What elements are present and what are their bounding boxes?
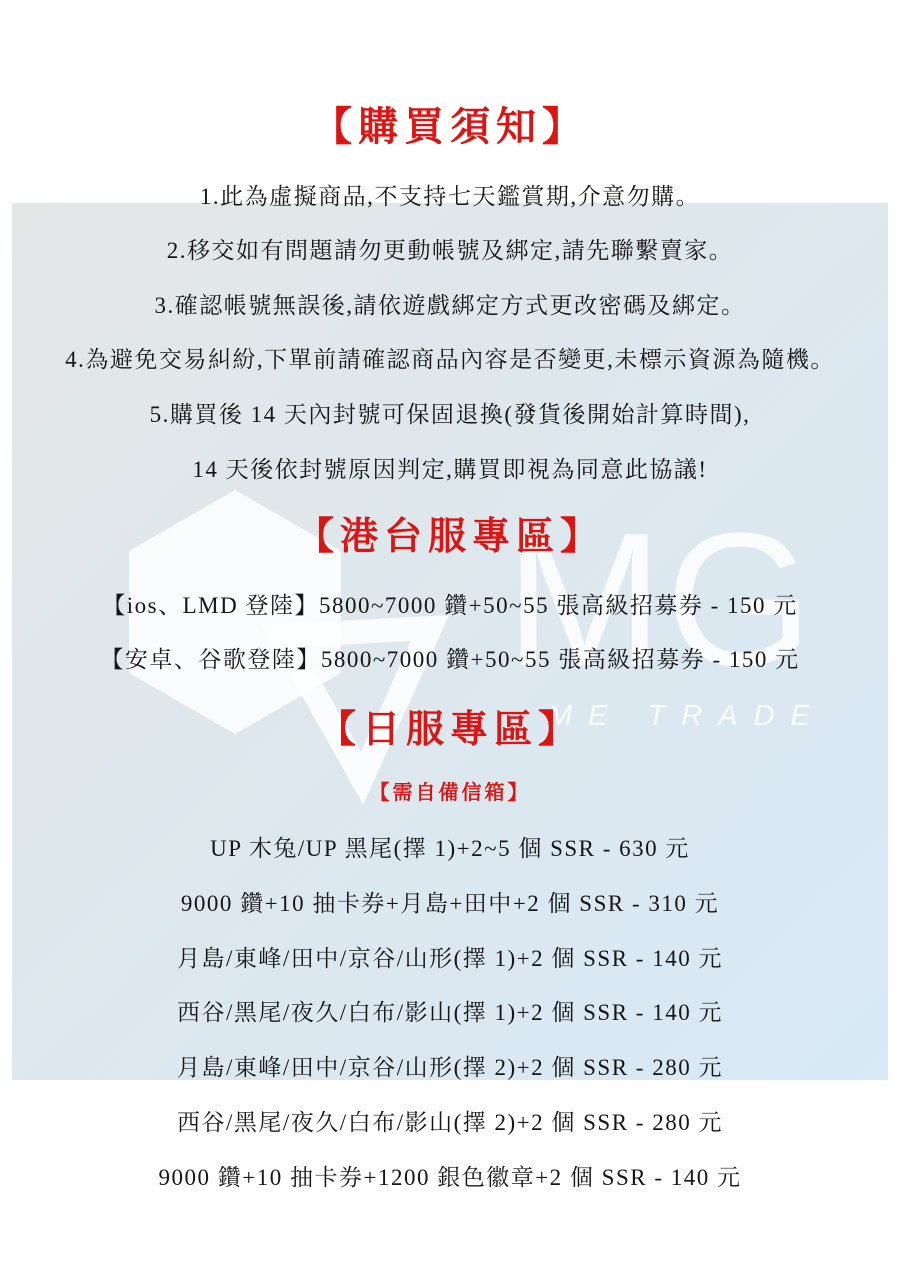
jp-item-3: 月島/東峰/田中/京谷/山形(擇 1)+2 個 SSR - 140 元 [0,940,900,973]
notice-line-4: 4.為避免交易糾紛,下單前請確認商品內容是否變更,未標示資源為隨機。 [0,341,900,374]
jp-item-1: UP 木兔/UP 黑尾(擇 1)+2~5 個 SSR - 630 元 [0,830,900,863]
jp-item-2: 9000 鑽+10 抽卡券+月島+田中+2 個 SSR - 310 元 [0,885,900,918]
hk-tw-section-heading: 【港台服專區】 [0,505,900,560]
jp-section-subheading: 【需自備信箱】 [0,776,900,805]
hk-tw-item-1: 【ios、LMD 登陸】5800~7000 鑽+50~55 張高級招募券 - 1… [0,587,900,620]
notice-line-5: 5.購買後 14 天內封號可保固退換(發貨後開始計算時間), [0,396,900,429]
notice-line-6: 14 天後依封號原因判定,購買即視為同意此協議! [0,451,900,484]
hk-tw-item-2: 【安卓、谷歌登陸】5800~7000 鑽+50~55 張高級招募券 - 150 … [0,641,900,674]
page-title: 【購買須知】 [0,95,900,152]
jp-item-4: 西谷/黑尾/夜久/白布/影山(擇 1)+2 個 SSR - 140 元 [0,994,900,1027]
notice-line-1: 1.此為虛擬商品,不支持七天鑑賞期,介意勿購。 [0,178,900,211]
notice-line-2: 2.移交如有問題請勿更動帳號及綁定,請先聯繫賣家。 [0,232,900,265]
jp-item-7: 9000 鑽+10 抽卡券+1200 銀色徽章+2 個 SSR - 140 元 [0,1159,900,1192]
jp-item-6: 西谷/黑尾/夜久/白布/影山(擇 2)+2 個 SSR - 280 元 [0,1104,900,1137]
listing-image: MG ME TRADE 【購買須知】 1.此為虛擬商品,不支持七天鑑賞期,介意勿… [0,0,900,1273]
jp-section-heading: 【日服專區】 [0,698,900,753]
notice-line-3: 3.確認帳號無誤後,請依遊戲綁定方式更改密碼及綁定。 [0,287,900,320]
jp-item-5: 月島/東峰/田中/京谷/山形(擇 2)+2 個 SSR - 280 元 [0,1049,900,1082]
